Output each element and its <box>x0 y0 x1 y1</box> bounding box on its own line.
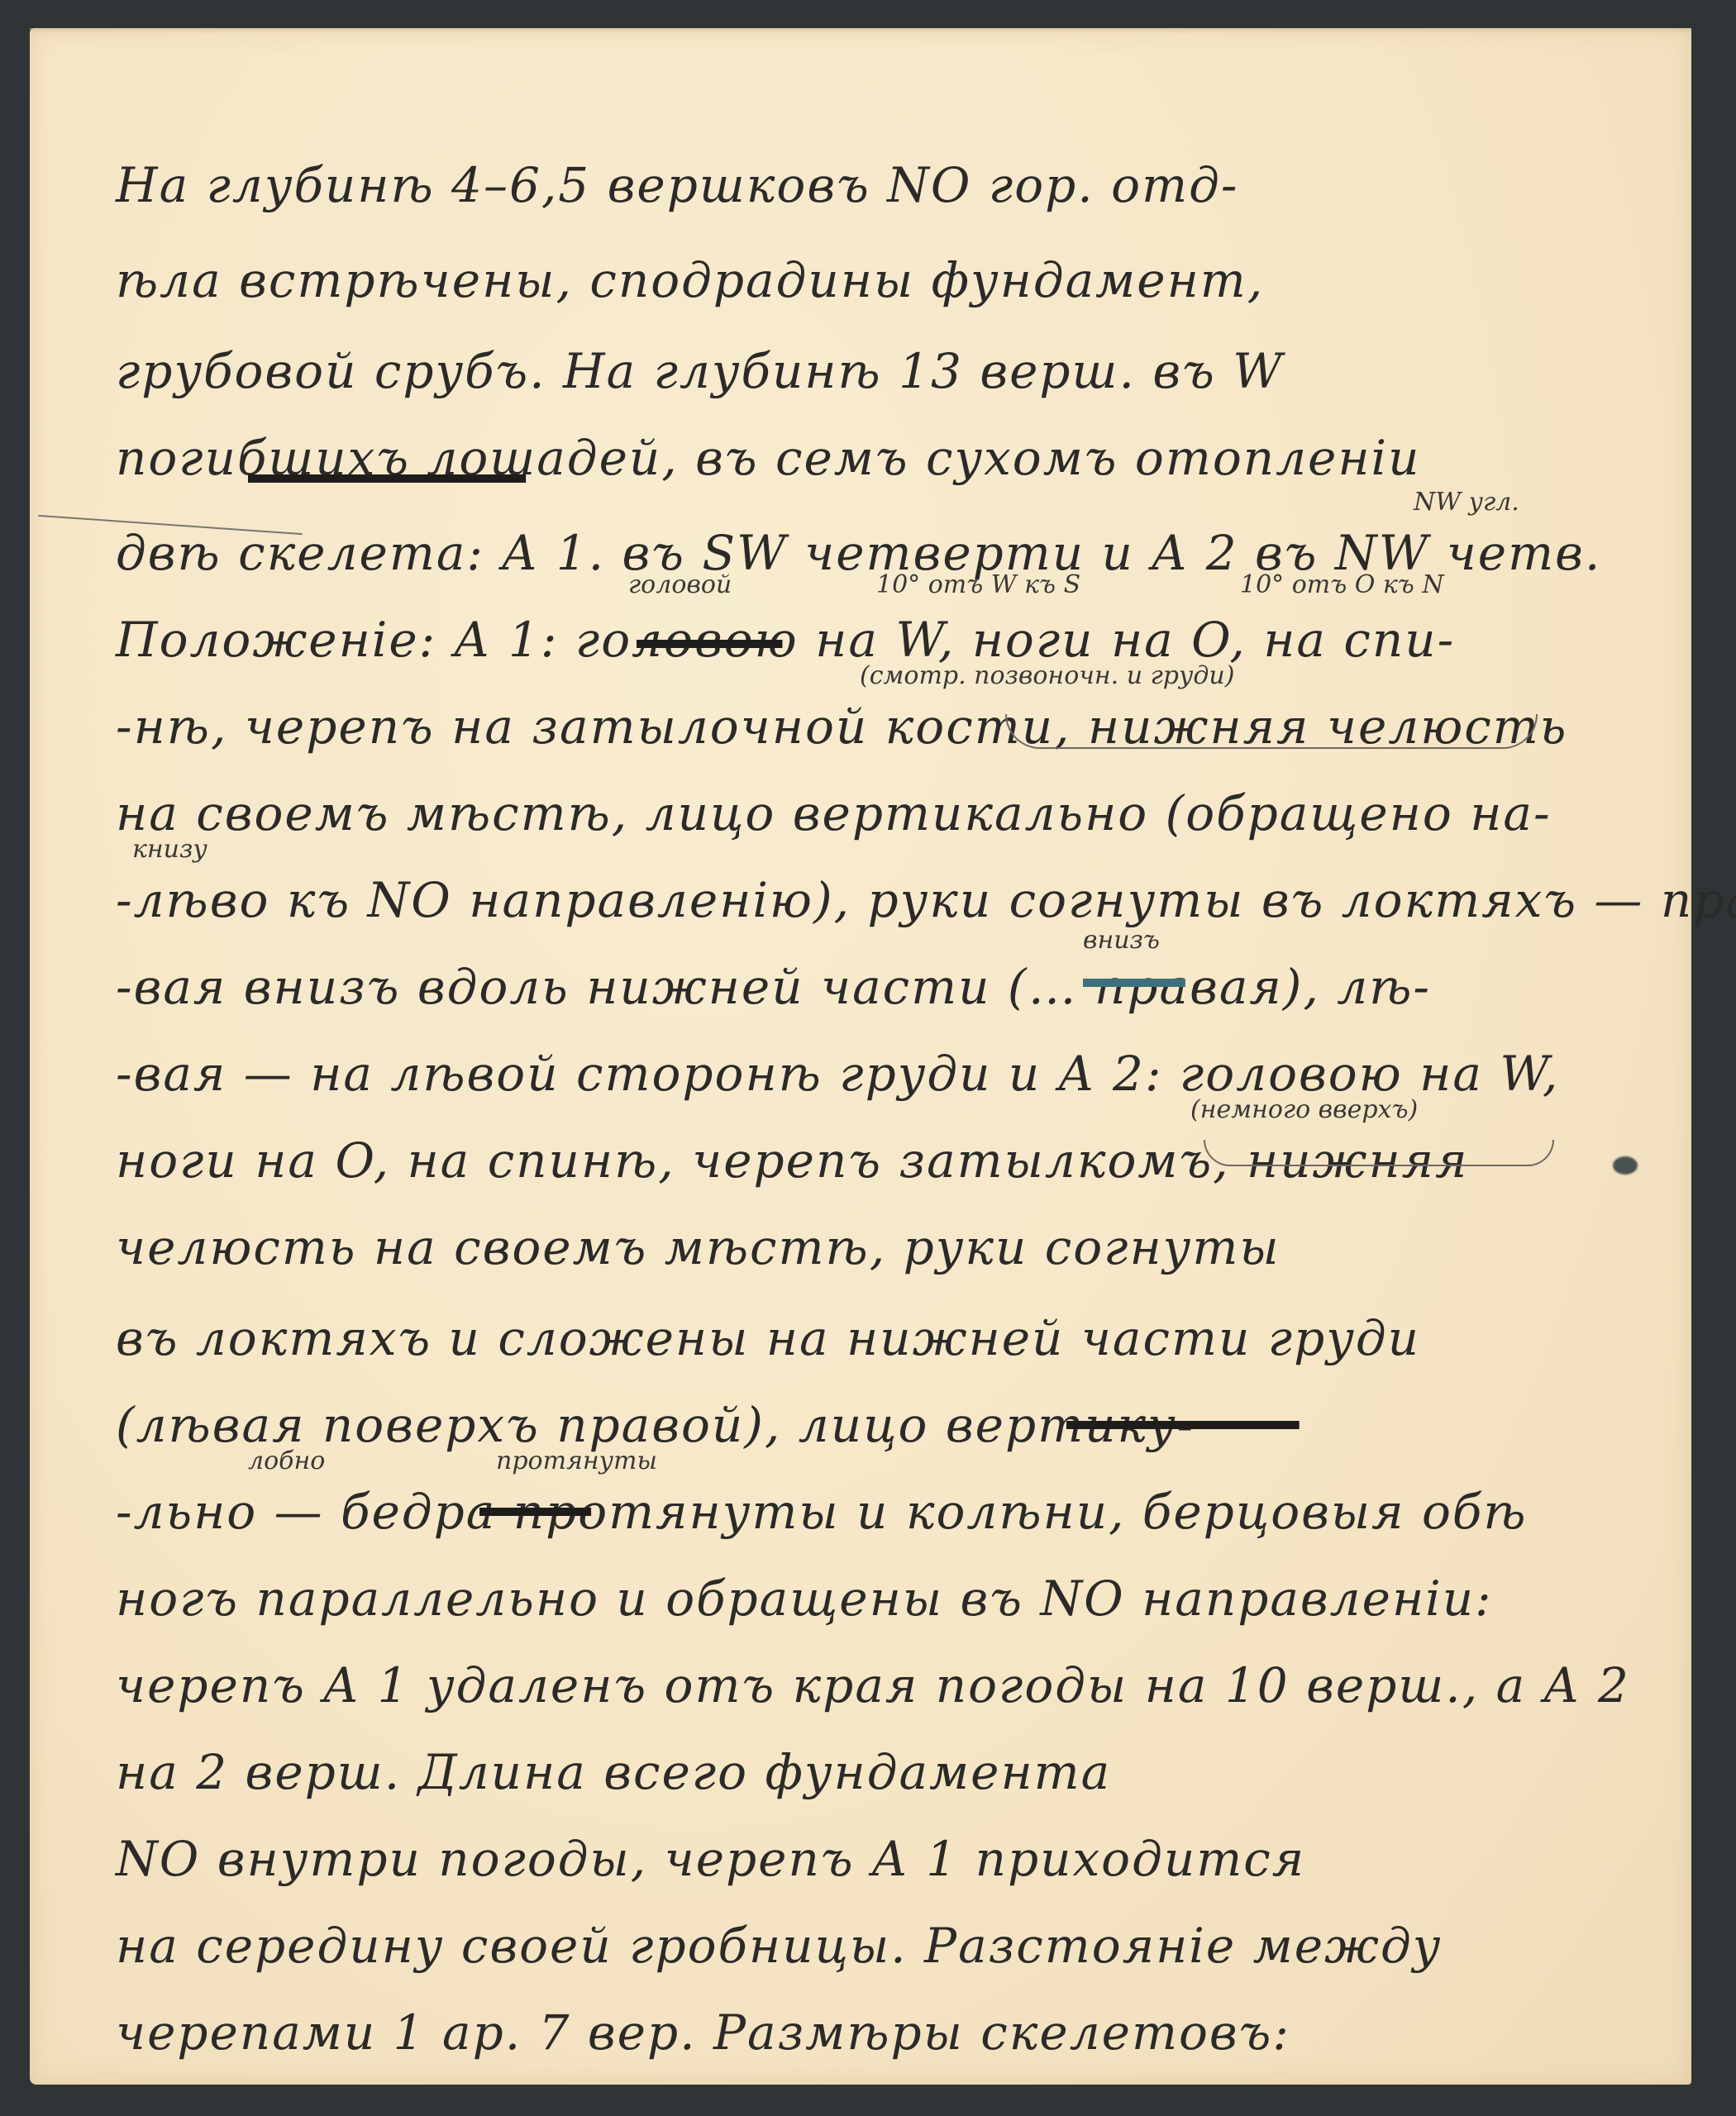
manuscript-line: ѣла встрѣчены, сподрадины фундамент, <box>116 256 1264 304</box>
manuscript-line: -лѣво къ NO направленію), руки согнуты в… <box>116 876 1736 924</box>
manuscript-line: грубовой срубъ. На глубинѣ 13 верш. въ W <box>116 347 1284 395</box>
manuscript-line: челюсть на своемъ мѣстѣ, руки согнуты <box>116 1223 1281 1271</box>
struck-word: головою <box>637 624 782 662</box>
interlinear-note: (смотр. позвоночн. и груди) <box>860 661 1234 690</box>
manuscript-line: черепъ А 1 удаленъ отъ края погоды на 10… <box>116 1661 1630 1709</box>
manuscript-line: NO внутри погоды, черепъ А 1 приходится <box>116 1835 1305 1883</box>
struck-word: прямо <box>479 1492 591 1530</box>
manuscript-line: -вая внизъ вдоль нижней части (… правая)… <box>116 963 1431 1011</box>
manuscript-line: ногъ параллельно и обращены въ NO направ… <box>116 1575 1493 1623</box>
interlinear-note: NW угл. <box>1414 488 1519 517</box>
interlinear-note: лобно <box>248 1446 325 1475</box>
manuscript-line: Положеніе: А 1: головою на W, ноги на O,… <box>116 616 1455 664</box>
interlinear-note: 10° отъ O къ N <box>1240 570 1444 599</box>
interlinear-note: 10° отъ W къ S <box>876 570 1080 599</box>
ink-blot <box>1613 1156 1638 1175</box>
manuscript-page: На глубинѣ 4–6,5 вершковъ NO гор. отд-ѣл… <box>30 28 1691 2085</box>
manuscript-line: въ локтяхъ и сложены на нижней части гру… <box>116 1314 1420 1362</box>
manuscript-line: черепами 1 ар. 7 вер. Размѣры скелетовъ: <box>116 2009 1290 2056</box>
interlinear-note: внизъ <box>1083 926 1160 955</box>
manuscript-line: -льно — бедра протянуты и колѣни, берцов… <box>116 1488 1528 1536</box>
manuscript-line: на своемъ мѣстѣ, лицо вертикально (обращ… <box>116 789 1552 837</box>
interlinear-note: книзу <box>132 835 207 864</box>
struck-word: вертикально <box>1066 1405 1300 1443</box>
manuscript-line: на 2 верш. Длина всего фундамента <box>116 1748 1111 1796</box>
interlinear-note: протянуты <box>496 1446 657 1475</box>
annotation-bracket <box>1204 1140 1554 1166</box>
manuscript-line: на середину своей гробницы. Разстояніе м… <box>116 1922 1442 1970</box>
manuscript-line: -вая — на лѣвой сторонѣ груди и А 2: гол… <box>116 1050 1559 1098</box>
interlinear-note: (немного вверхъ) <box>1190 1095 1418 1124</box>
struck-word: дополнительно <box>248 459 526 497</box>
annotation-bracket <box>1005 714 1538 749</box>
struck-word: внизъ <box>1083 963 1185 1001</box>
interlinear-note: головой <box>628 570 732 599</box>
manuscript-line: На глубинѣ 4–6,5 вершковъ NO гор. отд- <box>116 161 1238 209</box>
manuscript-line: (лѣвая поверхъ правой), лицо вертику- <box>116 1401 1195 1449</box>
